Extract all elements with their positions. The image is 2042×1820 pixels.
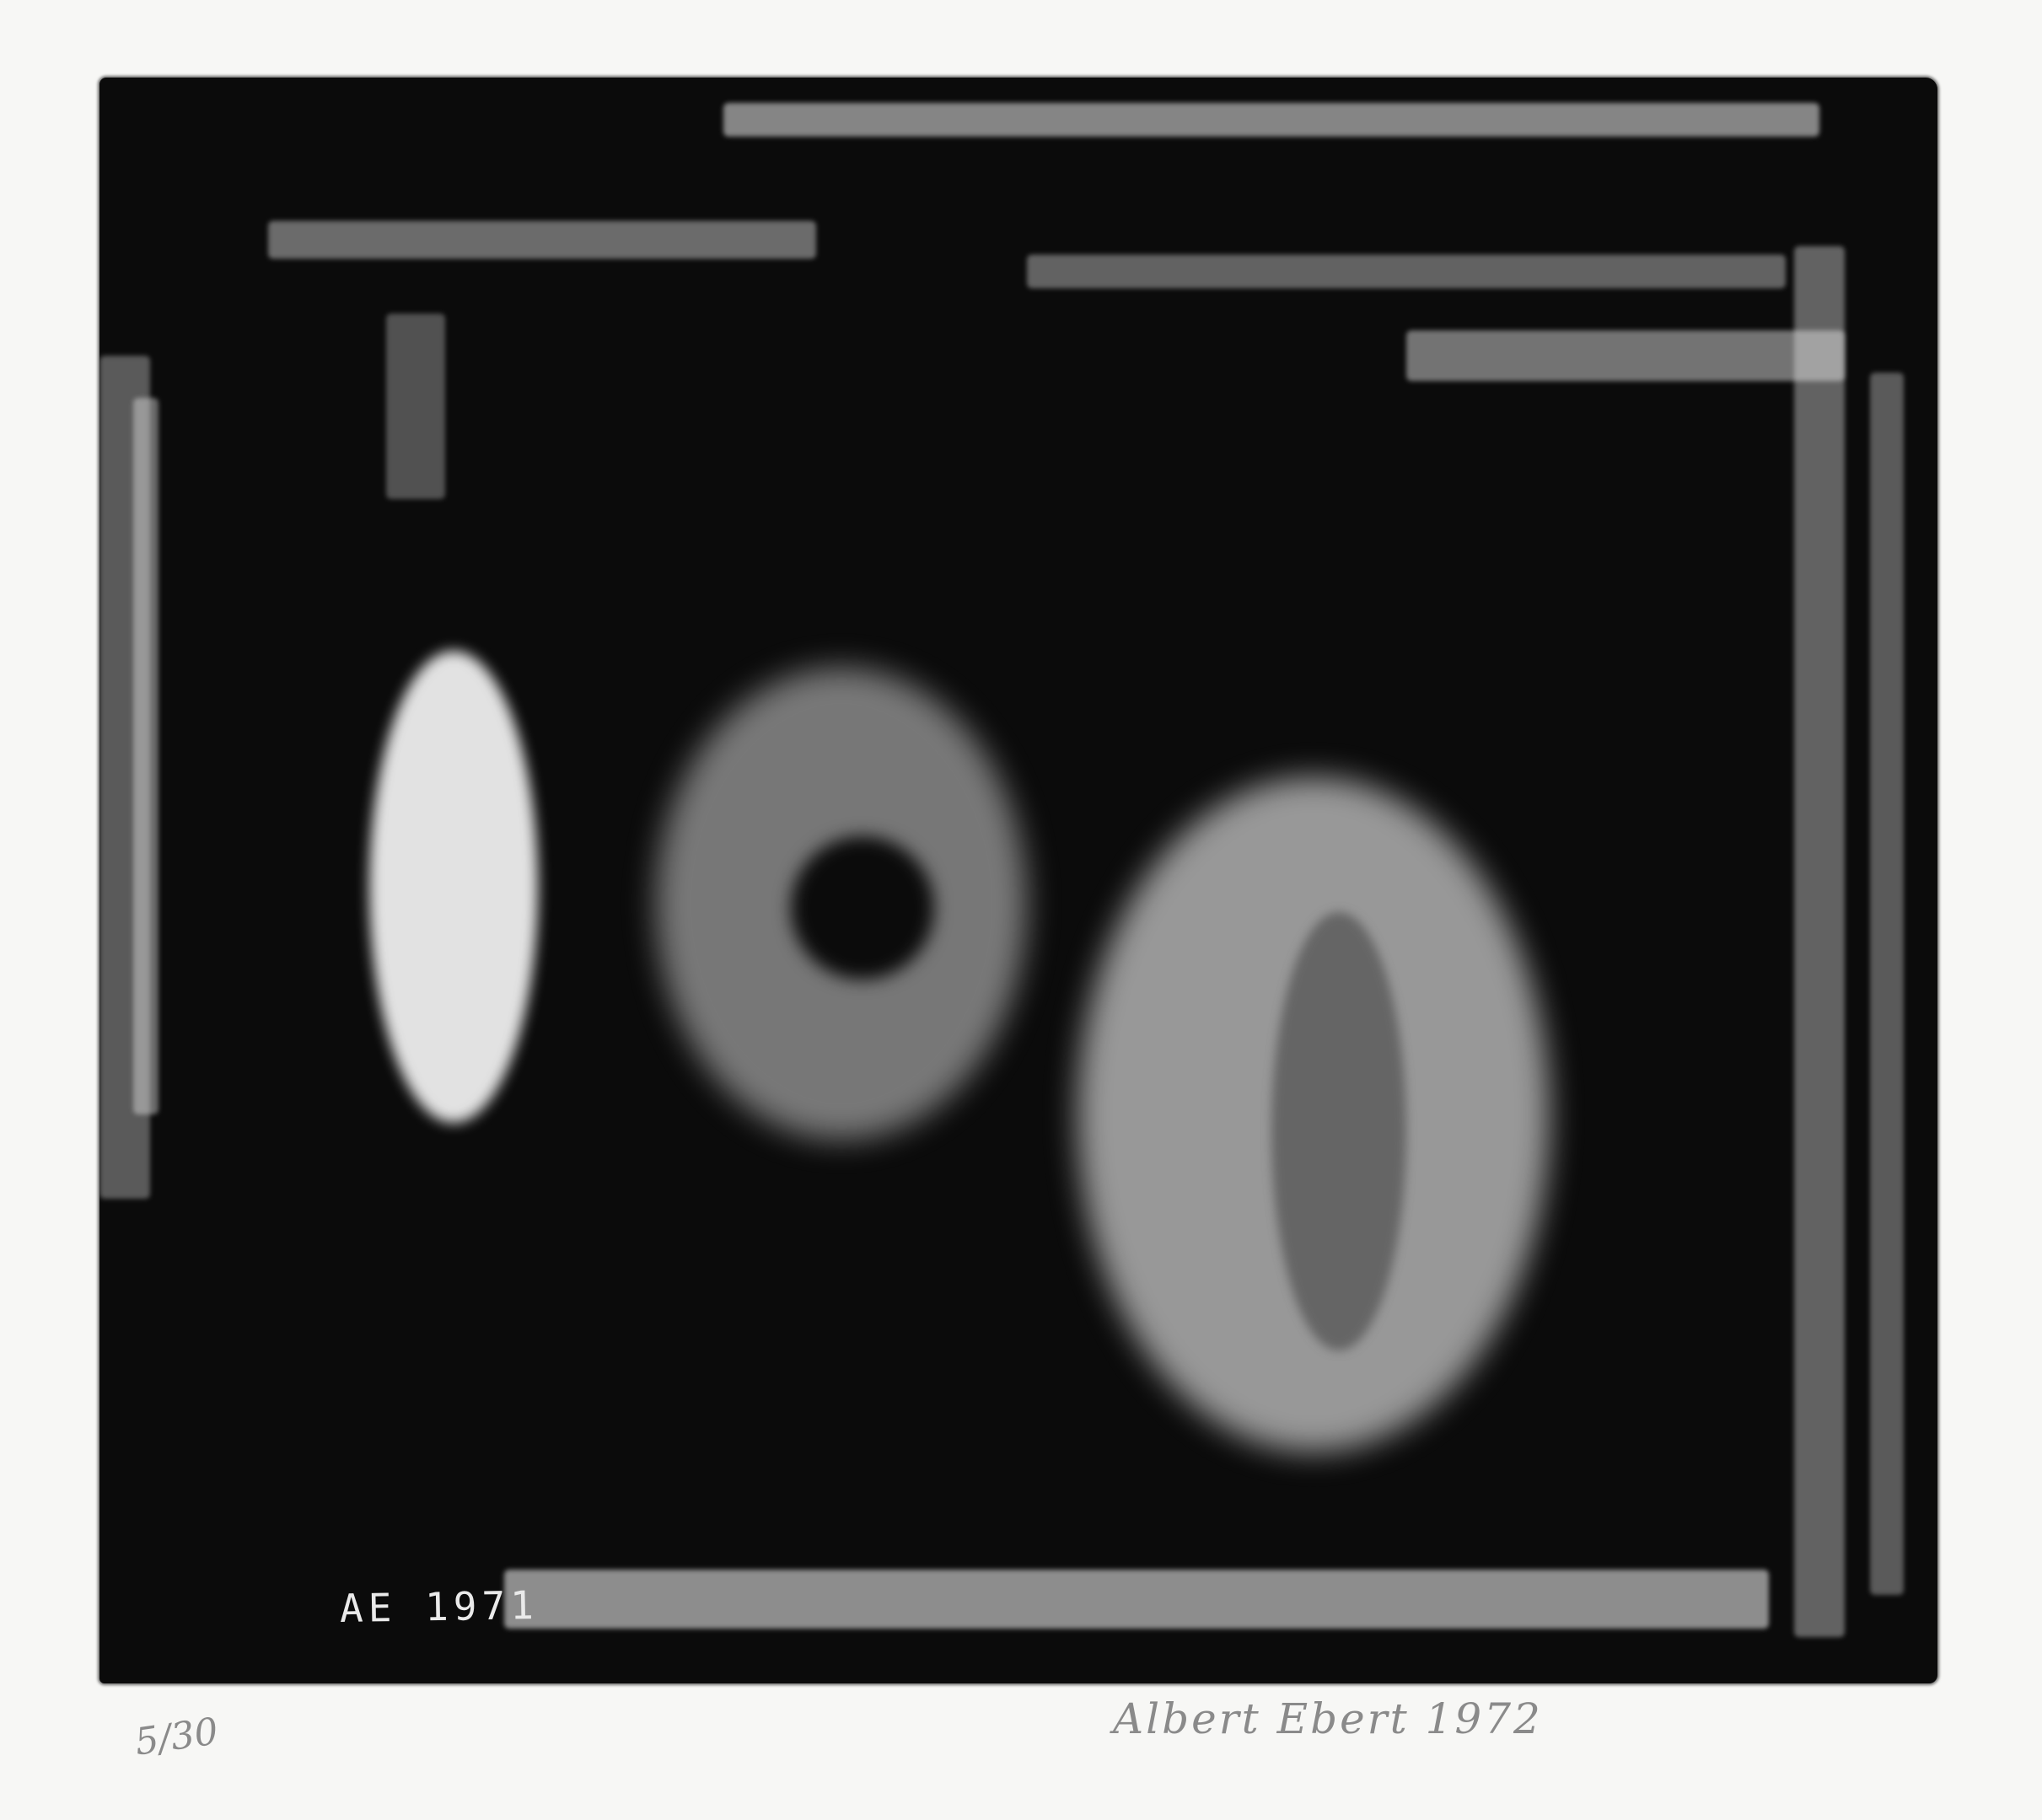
bottom-stage-streak	[504, 1570, 1769, 1629]
right-border-streak	[1794, 246, 1845, 1637]
top-border-streak	[723, 103, 1819, 137]
top-border-streak	[1027, 255, 1786, 288]
artist-signature: Albert Ebert 1972	[1113, 1694, 1543, 1743]
top-border-streak	[1406, 330, 1845, 381]
plate-monogram: AE 1971	[340, 1582, 540, 1631]
lithograph-plate: AE 1971	[99, 78, 1937, 1683]
white-figure-left	[369, 651, 538, 1123]
top-border-streak	[268, 221, 816, 259]
left-border-streak	[133, 398, 159, 1114]
right-border-streak	[1870, 373, 1904, 1595]
hanging-lamp	[386, 314, 445, 499]
right-standing-figure	[1271, 912, 1406, 1350]
edition-number: 5/30	[132, 1710, 221, 1764]
middle-figure-core	[791, 836, 934, 980]
